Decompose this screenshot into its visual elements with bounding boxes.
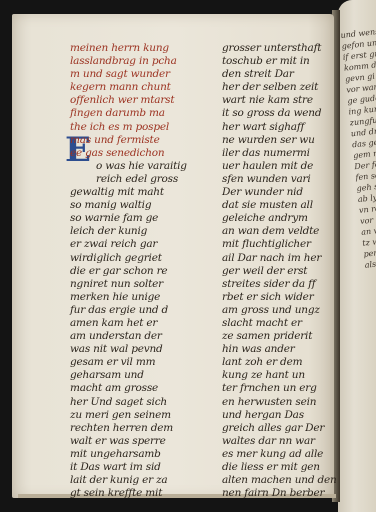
text-line-red: mas und fermiste xyxy=(70,134,218,147)
text-line-red: ee gas senedichon xyxy=(70,147,218,160)
text-line: streites sider da ff xyxy=(222,278,334,291)
text-line: am understan der xyxy=(70,330,218,343)
text-line: die liess er mit gen xyxy=(222,461,334,474)
text-line: die er gar schon re xyxy=(70,265,218,278)
left-text-column: meinen herrn kung lasslandbrag in pcha m… xyxy=(70,42,218,500)
right-text-column: grosser untersthaft toschub er mit in de… xyxy=(222,42,334,500)
text-line: her wart sighaff xyxy=(222,121,334,134)
text-line: kung ze hant un xyxy=(222,369,334,382)
text-line: wirdiglich gegriet xyxy=(70,252,218,265)
text-line: so warnie fam ge xyxy=(70,212,218,225)
text-line: merken hie unige xyxy=(70,291,218,304)
text-line-red: the ich es m pospel xyxy=(70,121,218,134)
text-line: ter frnchen un erg xyxy=(222,382,334,395)
text-line: hin was ander xyxy=(222,343,334,356)
text-line: mit ungeharsamb xyxy=(70,448,218,461)
text-line: dat sie musten all xyxy=(222,199,334,212)
text-line: es mer kung ad alle xyxy=(222,448,334,461)
text-line: waltes dar nn war xyxy=(222,435,334,448)
text-line-red: offenlich wer mtarst xyxy=(70,94,218,107)
text-line: it Das wart im sid xyxy=(70,461,218,474)
text-line: iler das numermi xyxy=(222,147,334,160)
text-line: den streit Dar xyxy=(222,68,334,81)
text-line: so manig waltig xyxy=(70,199,218,212)
text-line: sfen wunden vari xyxy=(222,173,334,186)
text-line-red: m und sagt wunder xyxy=(70,68,218,81)
text-line: her Und saget sich xyxy=(70,396,218,409)
text-line: rechten herren dem xyxy=(70,422,218,435)
text-line: reich edel gross xyxy=(70,173,218,186)
text-line-red: fingen darumb ma xyxy=(70,107,218,120)
text-line: grosser untersthaft xyxy=(222,42,334,55)
text-line: zu meri gen seinem xyxy=(70,409,218,422)
text-line: nen fairn Dn berber xyxy=(222,487,334,500)
text-line: und hergan Das xyxy=(222,409,334,422)
text-line-red: lasslandbrag in pcha xyxy=(70,55,218,68)
text-line: amen kam het er xyxy=(70,317,218,330)
text-line: her der selben zeit xyxy=(222,81,334,94)
text-line: greich alles gar Der xyxy=(222,422,334,435)
text-line: alten machen und den xyxy=(222,474,334,487)
text-line: geleiche andrym xyxy=(222,212,334,225)
text-line: it so gross da wend xyxy=(222,107,334,120)
text-line: ger weil der erst xyxy=(222,265,334,278)
text-line: er zwai reich gar xyxy=(70,238,218,251)
text-line: am gross und ungz xyxy=(222,304,334,317)
text-line: an wan dem veldte xyxy=(222,225,334,238)
text-line: ne wurden ser wu xyxy=(222,134,334,147)
text-line: ail Dar nach im her xyxy=(222,252,334,265)
text-line: lait der kunig er za xyxy=(70,474,218,487)
text-line: rbet er sich wider xyxy=(222,291,334,304)
text-line: gesam er vil mm xyxy=(70,356,218,369)
text-line: Der wunder nid xyxy=(222,186,334,199)
text-line: gewaltig mit maht xyxy=(70,186,218,199)
text-line: lant zoh er dem xyxy=(222,356,334,369)
text-line: ze samen priderit xyxy=(222,330,334,343)
text-line: en herwusten sein xyxy=(222,396,334,409)
text-line: fur das ergie und d xyxy=(70,304,218,317)
text-line: walt er was sperre xyxy=(70,435,218,448)
text-line: toschub er mit in xyxy=(222,55,334,68)
text-line: was nit wal pevnd xyxy=(70,343,218,356)
text-line: uer haulen mit de xyxy=(222,160,334,173)
text-line-red: meinen herrn kung xyxy=(70,42,218,55)
text-line: o was hie varaitig xyxy=(70,160,218,173)
text-line-red: kegern mann chunt xyxy=(70,81,218,94)
text-line: macht am grosse xyxy=(70,382,218,395)
text-line: ngniret nun solter xyxy=(70,278,218,291)
text-line: geharsam und xyxy=(70,369,218,382)
text-line: mit fluchtiglicher xyxy=(222,238,334,251)
text-line: gt sein kreffte mit xyxy=(70,487,218,500)
text-line: wart nie kam stre xyxy=(222,94,334,107)
text-line: leich der kunig xyxy=(70,225,218,238)
text-line: slacht macht er xyxy=(222,317,334,330)
